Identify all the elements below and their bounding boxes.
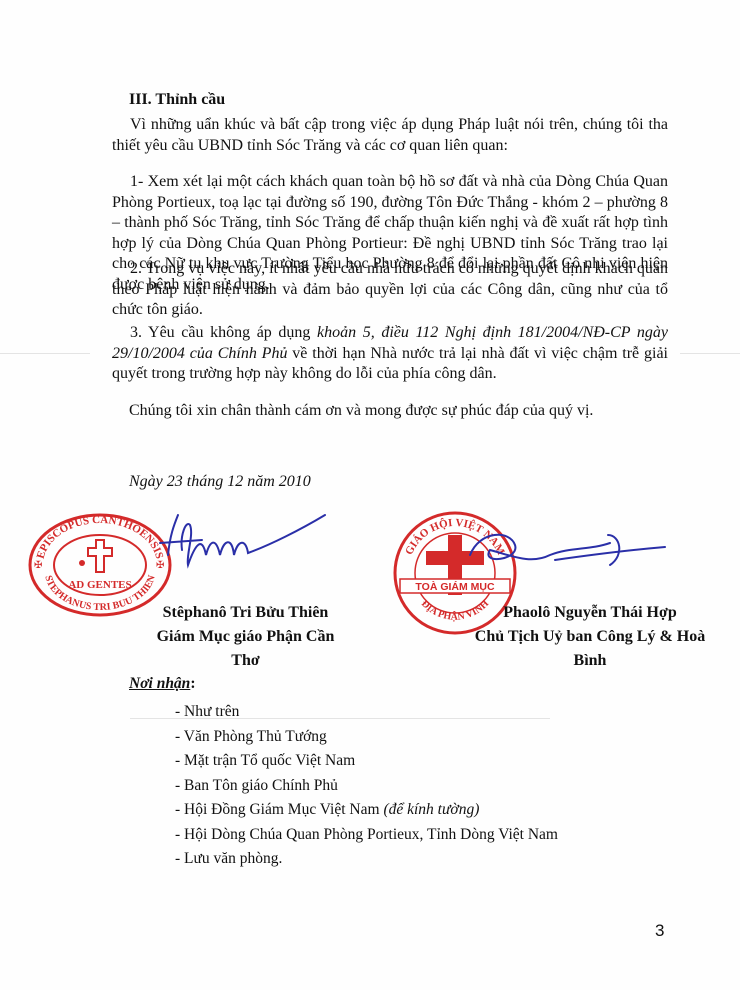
recipients-colon: : [190,675,195,692]
document-page: III. Thỉnh cầu Vì những uẩn khúc và bất … [0,0,740,990]
signature-chairman [460,525,670,585]
section-heading: III. Thỉnh cầu [129,91,225,109]
recipient-item: - Mặt trận Tổ quốc Việt Nam [175,749,558,774]
signature-bishop-can-tho [140,505,340,585]
signatory-1-name: Stêphanô Tri Bửu Thiên [143,601,348,625]
recipients-label-text: Nơi nhận [129,675,190,692]
svg-text:AD GENTES: AD GENTES [68,579,131,591]
paragraph-item-2-text: 2. Trong vụ việc này, ít nhất yêu cầu nh… [112,260,668,318]
recipient-item: - Hội Đồng Giám Mục Việt Nam (để kính tư… [175,798,558,823]
closing-line: Chúng tôi xin chân thành cám ơn và mong … [129,401,689,422]
paragraph-item-2: 2. Trong vụ việc này, ít nhất yêu cầu nh… [112,259,668,321]
date-line: Ngày 23 tháng 12 năm 2010 [129,473,311,491]
page-number: 3 [655,921,664,941]
recipient-item: - Văn Phòng Thủ Tướng [175,725,558,750]
recipients-list: - Như trên - Văn Phòng Thủ Tướng - Mặt t… [175,700,558,872]
svg-text:✠: ✠ [34,560,42,571]
signatory-2-name: Phaolô Nguyễn Thái Hợp [472,601,708,625]
paragraph-item-3: 3. Yêu cầu không áp dụng khoản 5, điều 1… [112,323,668,385]
recipient-item: - Như trên [175,700,558,725]
signatory-2-title: Chủ Tịch Uỷ ban Công Lý & Hoà Bình [472,625,708,673]
recipient-item-text: - Hội Đồng Giám Mục Việt Nam [175,801,383,818]
scan-artifact [680,353,740,354]
signatory-2: Phaolô Nguyễn Thái Hợp Chủ Tịch Uỷ ban C… [472,601,708,673]
recipient-item: - Hội Dòng Chúa Quan Phòng Portieux, Tỉn… [175,823,558,848]
recipient-item: - Ban Tôn giáo Chính Phủ [175,774,558,799]
signatory-1-title: Giám Mục giáo Phận Cần Thơ [143,625,348,673]
signatory-1: Stêphanô Tri Bửu Thiên Giám Mục giáo Phậ… [143,601,348,673]
recipient-item: - Lưu văn phòng. [175,847,558,872]
recipient-note: (để kính tường) [383,801,479,818]
scan-artifact [0,353,90,354]
paragraph-intro-text: Vì những uẩn khúc và bất cập trong việc … [112,116,668,154]
paragraph-intro: Vì những uẩn khúc và bất cập trong việc … [112,115,668,156]
recipients-label: Nơi nhận: [129,675,195,693]
item-3-lead: 3. Yêu cầu không áp dụng [130,324,317,341]
